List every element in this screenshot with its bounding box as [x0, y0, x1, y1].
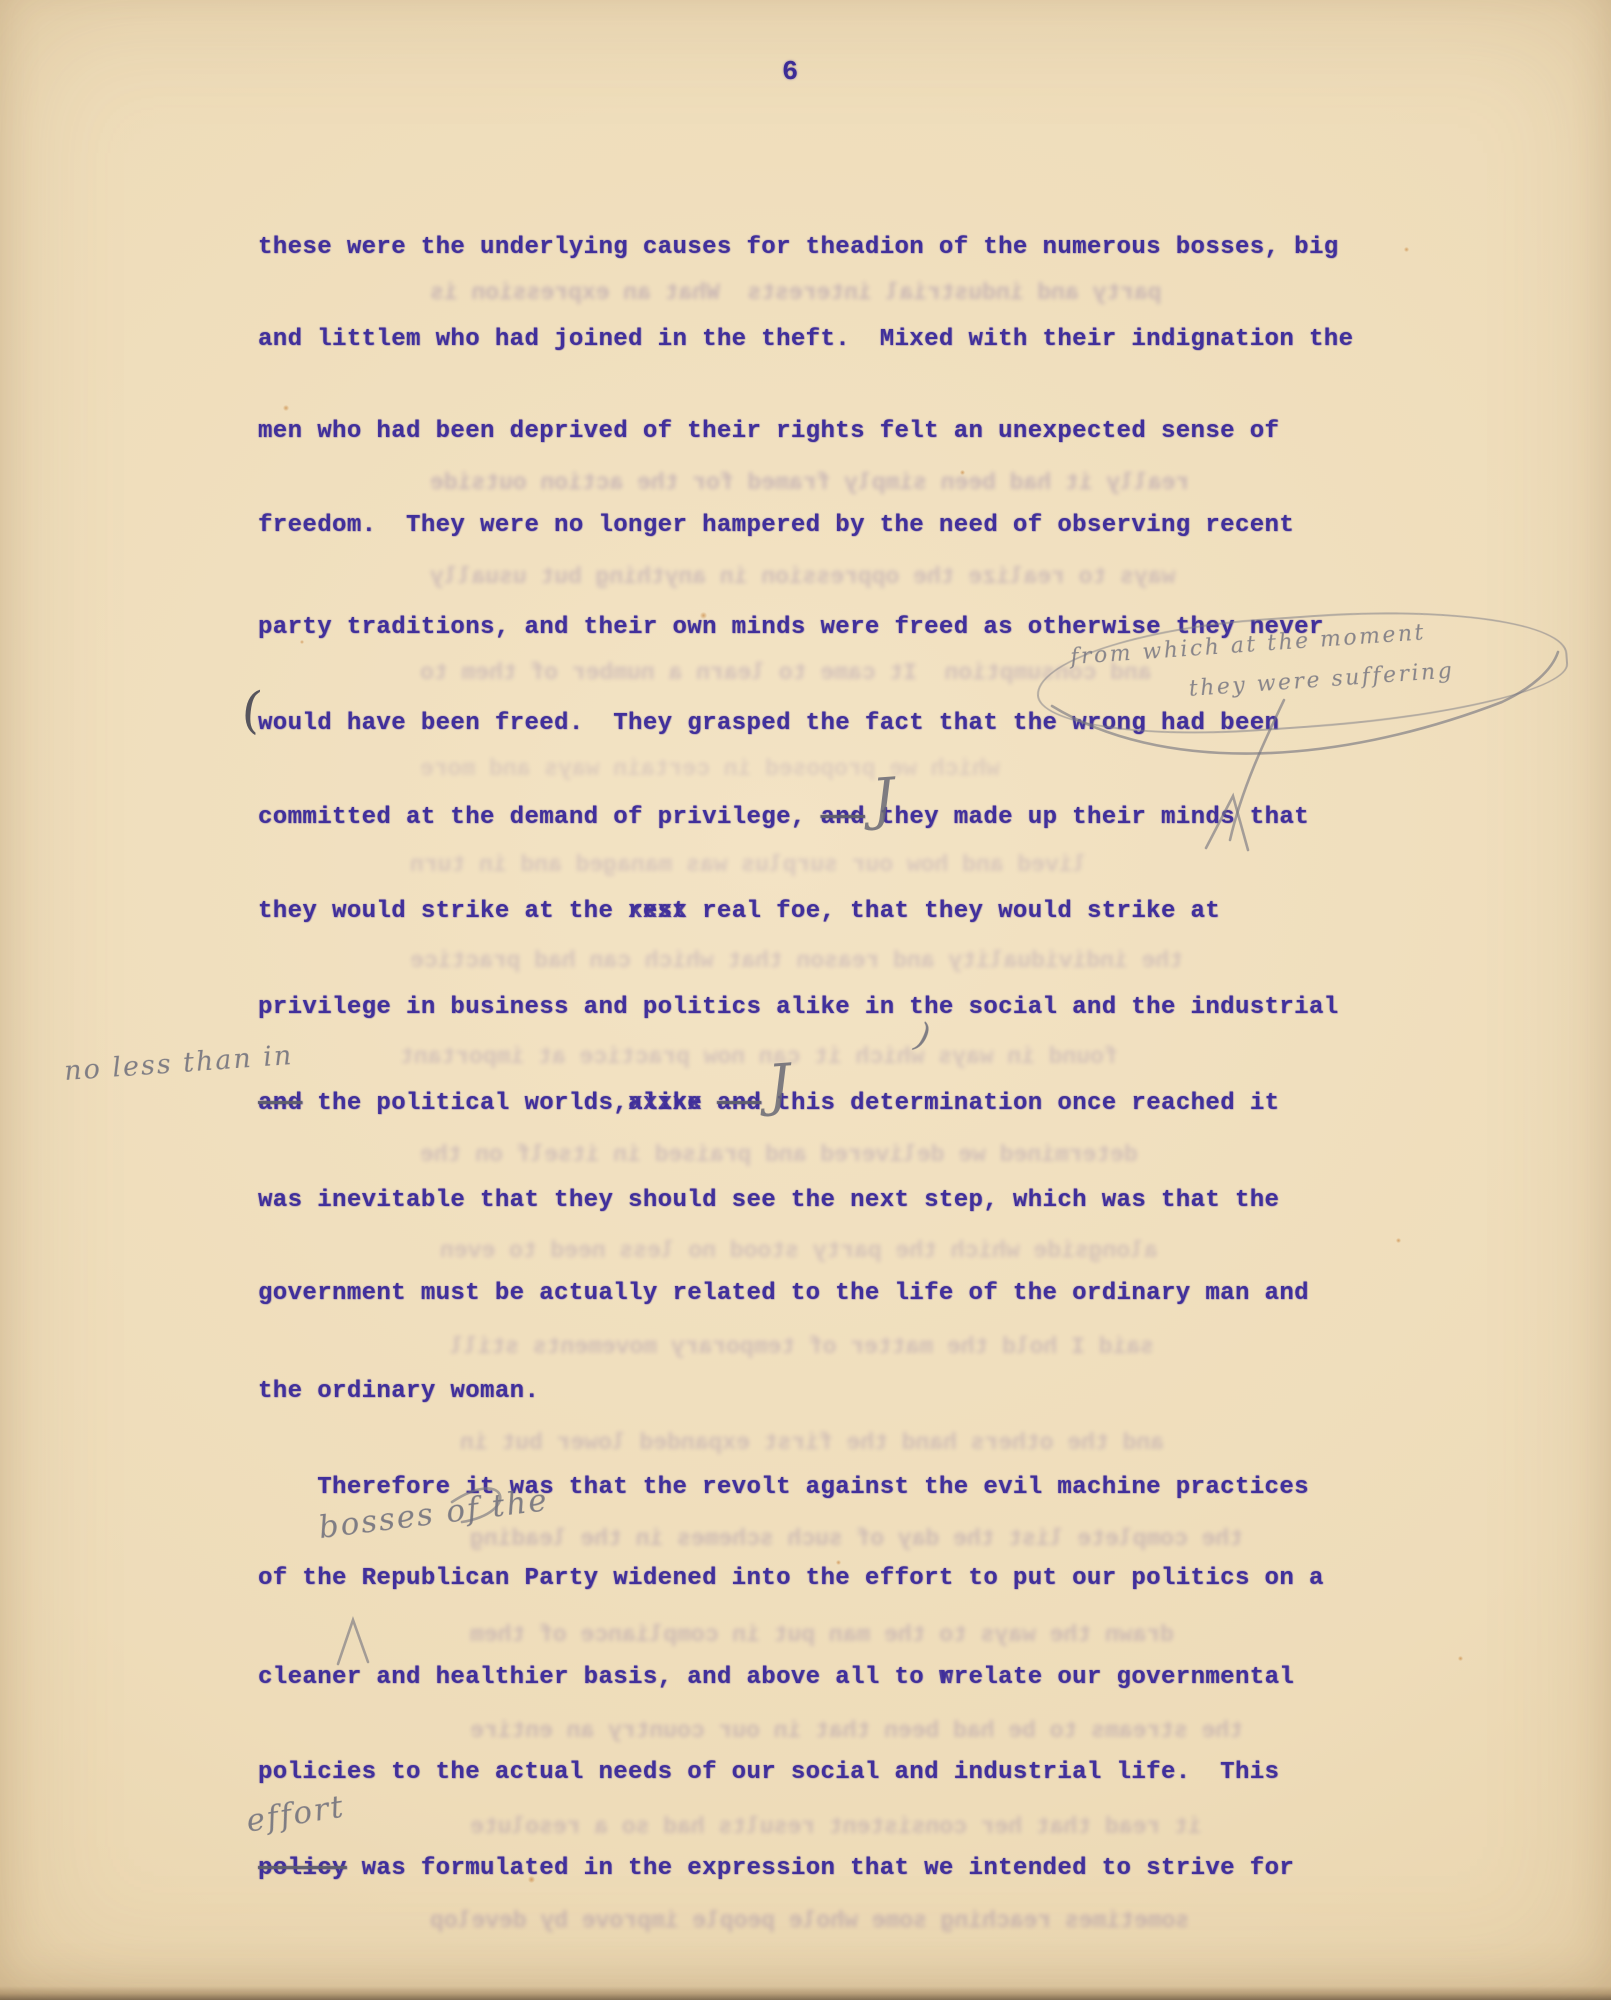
- typed-line-4: freedom. They were no longer hampered by…: [258, 510, 1294, 542]
- overstrike-correction: xxxxx: [628, 1088, 702, 1120]
- typed-line-2: and littlem who had joined in the theft.…: [258, 324, 1353, 356]
- foxing-spot-3: [838, 518, 843, 523]
- pencil-capitalization-mark: J: [766, 1057, 792, 1114]
- bleedthrough-line-2: really it had been simply framed for the…: [430, 468, 1189, 498]
- typed-text: relate our governmental: [954, 1664, 1294, 1691]
- struck-word: and: [821, 804, 865, 831]
- bleedthrough-line-3: ways to realize the oppression in anythi…: [430, 562, 1175, 592]
- typed-text: real foe, that they would strike at: [687, 898, 1220, 925]
- typed-text: thisJ: [776, 1088, 835, 1120]
- typed-text: was formulated in the expression that we…: [347, 1855, 1294, 1882]
- typed-text: [702, 1090, 717, 1117]
- struck-word: policy: [258, 1855, 347, 1882]
- foxing-spot-1: [283, 405, 289, 411]
- capitalization-paren-mark: (: [240, 693, 265, 727]
- typed-text: theyJ: [880, 802, 939, 834]
- typed-text: the ordinary woman.: [258, 1378, 539, 1405]
- margin-handwritten-note: no less than in: [63, 1040, 294, 1088]
- typed-text: and littlem who had joined in the theft.…: [258, 326, 1353, 353]
- typed-line-17: policies to the actual needs of our soci…: [258, 1757, 1279, 1789]
- typed-line-15: of the Republican Party widened into the…: [258, 1563, 1324, 1595]
- page-bottom-edge: [0, 1986, 1611, 2000]
- overstrike-correction: w: [939, 1662, 954, 1694]
- bleedthrough-line-5: which we proposed in certain ways and mo…: [420, 754, 1000, 784]
- bleedthrough-line-7: the individuality and reason that which …: [410, 946, 1183, 976]
- bleedthrough-line-17: sometimes reaching some whole people imp…: [430, 1906, 1189, 1936]
- foxing-spot-7: [300, 640, 304, 644]
- bleedthrough-line-13: the complete list the day of such scheme…: [470, 1524, 1243, 1554]
- typed-line-9: privilege in business and politics alike…: [258, 992, 1339, 1024]
- insertion-note-line2: they were suffering: [1188, 659, 1455, 701]
- foxing-spot-2: [700, 612, 707, 619]
- typed-text: men who had been deprived of their right…: [258, 418, 1279, 445]
- typed-text: was inevitable that they should see the …: [258, 1187, 1279, 1214]
- typed-text: the political worlds,: [302, 1090, 628, 1117]
- typed-text: government must be actually related to t…: [258, 1280, 1309, 1307]
- foxing-spot-8: [1396, 1238, 1401, 1243]
- typed-line-18: policy was formulated in the expression …: [258, 1853, 1294, 1885]
- bleedthrough-line-8: found in ways which it can now practice …: [400, 1042, 1118, 1072]
- foxing-spot-4: [1404, 247, 1409, 252]
- overstruck-word: rw: [939, 1662, 954, 1694]
- foxing-spot-9: [960, 470, 965, 475]
- typed-line-12: government must be actually related to t…: [258, 1278, 1309, 1310]
- typed-text: of the Republican Party widened into the…: [258, 1565, 1324, 1592]
- typed-line-1: these were the underlying causes for the…: [258, 232, 1339, 264]
- effort-handwritten-note: effort: [244, 1790, 347, 1837]
- typed-text: these were the underlying causes for the…: [258, 234, 1339, 261]
- typed-text: policies to the actual needs of our soci…: [258, 1759, 1279, 1786]
- struck-word: and: [717, 1090, 761, 1117]
- page-number: 6: [782, 58, 798, 88]
- foxing-spot-6: [836, 1560, 841, 1565]
- bleedthrough-line-6: lived and how our surplus was managed an…: [410, 850, 1086, 880]
- typed-text: they would strike at the: [258, 898, 628, 925]
- overstrike-correction: xxxx: [628, 896, 687, 928]
- typed-text: cleaner and healthier basis, and above a…: [258, 1664, 939, 1691]
- typed-line-13: the ordinary woman.: [258, 1376, 539, 1408]
- bleedthrough-line-10: alongside which the party stood no less …: [440, 1236, 1158, 1266]
- foxing-spot-10: [1458, 1656, 1463, 1661]
- overstruck-word: alikexxxxx: [628, 1088, 702, 1120]
- typed-line-11: was inevitable that they should see the …: [258, 1185, 1279, 1217]
- typed-text: determination once reached it: [835, 1090, 1279, 1117]
- bleedthrough-line-14: drawn the ways to the man put in complia…: [470, 1620, 1174, 1650]
- bleedthrough-line-11: said I hold the matter of temporary move…: [450, 1332, 1154, 1362]
- bleedthrough-line-9: determined we delivered and praised in i…: [420, 1140, 1138, 1170]
- typed-line-7: committed at the demand of privilege, an…: [258, 802, 1309, 834]
- overstruck-word: restxxxx: [628, 896, 687, 928]
- manuscript-page: party and industrial interests What an e…: [0, 0, 1611, 2000]
- bleedthrough-line-15: the streams to be had been that in our c…: [470, 1716, 1243, 1746]
- typed-text: Therefore it was that the revolt against…: [258, 1474, 1309, 1501]
- typed-text: privilege in business and politics alike…: [258, 994, 1339, 1021]
- typed-text: committed at the demand of privilege,: [258, 804, 821, 831]
- bleedthrough-line-16: it read that her consistent results had …: [470, 1812, 1202, 1842]
- bleedthrough-line-12: and the others hand the first expanded l…: [460, 1428, 1164, 1458]
- bleedthrough-line-1: party and industrial interests What an e…: [430, 278, 1162, 308]
- struck-word: and: [258, 1090, 302, 1117]
- foxing-spot-5: [528, 1876, 535, 1883]
- typed-line-8: they would strike at the restxxxx real f…: [258, 896, 1220, 928]
- pencil-capitalization-mark: J: [870, 771, 896, 828]
- typed-text: made up their minds that: [939, 804, 1309, 831]
- typed-line-3: men who had been deprived of their right…: [258, 416, 1279, 448]
- typed-line-16: cleaner and healthier basis, and above a…: [258, 1662, 1294, 1694]
- typed-line-10: and the political worlds,alikexxxxx and …: [258, 1088, 1279, 1120]
- typed-text: freedom. They were no longer hampered by…: [258, 512, 1294, 539]
- caret-republican-icon: [338, 1620, 368, 1664]
